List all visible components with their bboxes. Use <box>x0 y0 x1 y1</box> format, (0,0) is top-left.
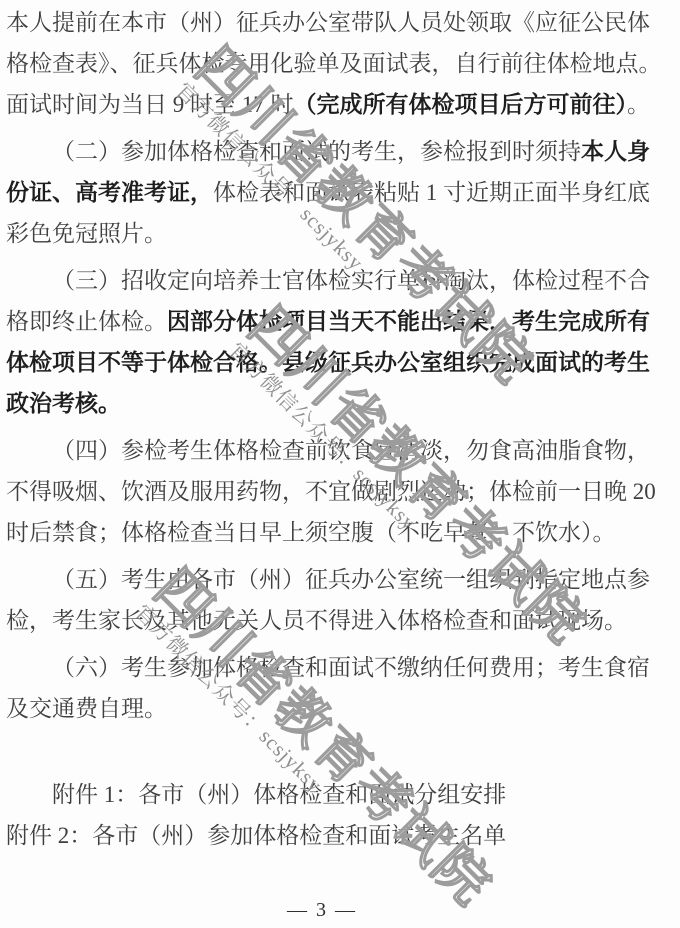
text-line: （五）考生由各市（州）征兵办公室统一组织到指定地点参 <box>6 559 674 600</box>
body-text: （二）参加体格检查和面试的考生，参检报到时须持 <box>52 139 581 164</box>
text-line: 及交通费自理。 <box>6 688 674 729</box>
body-text: 不得吸烟、饮酒及服用药物，不宜做剧烈运动；体检前一日晚 20 <box>6 479 656 504</box>
text-line: 彩色免冠照片。 <box>6 213 674 254</box>
text-line: （二）参加体格检查和面试的考生，参检报到时须持本人身 <box>6 131 674 172</box>
text-line: 格即终止体检。因部分体检项目当天不能出结果，考生完成所有 <box>6 301 674 342</box>
body-text: 时后禁食；体格检查当日早上须空腹（不吃早餐、不饮水）。 <box>6 520 616 545</box>
text-line: 份证、高考准考证，体检表和面试表粘贴 1 寸近期正面半身红底 <box>6 172 674 213</box>
body-text: 面试时间为当日 9 时至 17 时 <box>6 92 294 117</box>
text-line: 格检查表》、征兵体检专用化验单及面试表，自行前往体检地点。 <box>6 43 674 84</box>
body-text: 格检查表》、征兵体检专用化验单及面试表，自行前往体检地点。 <box>6 51 662 76</box>
body-text: （四）参检考生体格检查前饮食宜清淡，勿食高油脂食物， <box>52 438 650 463</box>
body-text: 彩色免冠照片。 <box>6 221 167 246</box>
text-line: （四）参检考生体格检查前饮食宜清淡，勿食高油脂食物， <box>6 430 674 471</box>
emphasis-text: 因部分体检项目当天不能出结果，考生完成所有 <box>167 309 650 334</box>
text-line: 附件 1：各市（州）体格检查和面试分组安排 <box>6 774 674 815</box>
text-line: 政治考核。 <box>6 383 674 424</box>
paragraph: 附件 1：各市（州）体格检查和面试分组安排附件 2：各市（州）参加体格检查和面试… <box>6 774 674 856</box>
page-number: — 3 — <box>0 899 662 922</box>
paragraph: （二）参加体格检查和面试的考生，参检报到时须持本人身份证、高考准考证，体检表和面… <box>6 131 674 254</box>
body-text: （六）考生参加体格检查和面试不缴纳任何费用；考生食宿 <box>52 655 650 680</box>
text-line: 不得吸烟、饮酒及服用药物，不宜做剧烈运动；体检前一日晚 20 <box>6 471 674 512</box>
body-text: （五）考生由各市（州）征兵办公室统一组织到指定地点参 <box>52 567 650 592</box>
paragraph: （四）参检考生体格检查前饮食宜清淡，勿食高油脂食物，不得吸烟、饮酒及服用药物，不… <box>6 430 674 553</box>
body-text: 体检表和面试表粘贴 1 寸近期正面半身红底 <box>213 180 650 205</box>
text-line: 时后禁食；体格检查当日早上须空腹（不吃早餐、不饮水）。 <box>6 512 674 553</box>
text-line: 本人提前在本市（州）征兵办公室带队人员处领取《应征公民体 <box>6 2 674 43</box>
emphasis-text: 份证、高考准考证， <box>6 180 213 205</box>
text-line: （六）考生参加体格检查和面试不缴纳任何费用；考生食宿 <box>6 647 674 688</box>
document-body: 本人提前在本市（州）征兵办公室带队人员处领取《应征公民体格检查表》、征兵体检专用… <box>6 2 674 862</box>
paragraph: （五）考生由各市（州）征兵办公室统一组织到指定地点参检，考生家长及其他无关人员不… <box>6 559 674 641</box>
body-text: 格即终止体检。 <box>6 309 167 334</box>
paragraph: （六）考生参加体格检查和面试不缴纳任何费用；考生食宿及交通费自理。 <box>6 647 674 729</box>
body-text: （三）招收定向培养士官体检实行单科淘汰，体检过程不合 <box>52 268 650 293</box>
paragraph: 本人提前在本市（州）征兵办公室带队人员处领取《应征公民体格检查表》、征兵体检专用… <box>6 2 674 125</box>
body-text: 检，考生家长及其他无关人员不得进入体格检查和面试现场。 <box>6 608 627 633</box>
emphasis-text: 体检项目不等于体检合格。县级征兵办公室组织完成面试的考生 <box>6 350 650 375</box>
document-page: 本人提前在本市（州）征兵办公室带队人员处领取《应征公民体格检查表》、征兵体检专用… <box>0 0 680 928</box>
body-text: 附件 2：各市（州）参加体格检查和面试考生名单 <box>6 823 506 848</box>
body-text: 及交通费自理。 <box>6 696 167 721</box>
text-line: 附件 2：各市（州）参加体格检查和面试考生名单 <box>6 815 674 856</box>
text-line: 检，考生家长及其他无关人员不得进入体格检查和面试现场。 <box>6 600 674 641</box>
text-line: （三）招收定向培养士官体检实行单科淘汰，体检过程不合 <box>6 260 674 301</box>
emphasis-text: （完成所有体检项目后方可前往） <box>294 92 628 117</box>
emphasis-text: 政治考核。 <box>6 391 121 416</box>
text-line: 体检项目不等于体检合格。县级征兵办公室组织完成面试的考生 <box>6 342 674 383</box>
body-text: 本人提前在本市（州）征兵办公室带队人员处领取《应征公民体 <box>6 10 650 35</box>
body-text: 。 <box>627 92 650 117</box>
body-text: 附件 1：各市（州）体格检查和面试分组安排 <box>52 782 506 807</box>
paragraph: （三）招收定向培养士官体检实行单科淘汰，体检过程不合格即终止体检。因部分体检项目… <box>6 260 674 424</box>
text-line: 面试时间为当日 9 时至 17 时（完成所有体检项目后方可前往）。 <box>6 84 674 125</box>
emphasis-text: 本人身 <box>581 139 650 164</box>
